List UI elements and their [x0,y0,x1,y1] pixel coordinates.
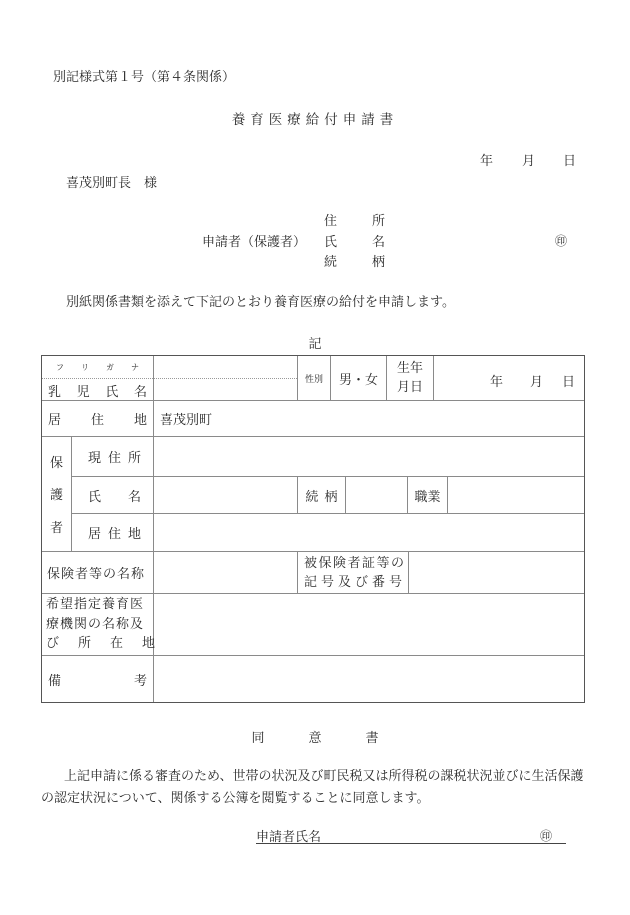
date-year-label: 年 [480,150,493,169]
birth-label: 生年月日 [387,356,434,401]
applicant-address-label-1: 住 [324,210,337,229]
guardian-relation-label: 続柄 [298,477,346,514]
guardian-address-input[interactable] [154,437,584,477]
insurer-input[interactable] [154,552,298,594]
consent-body: 上記申請に係る審査のため、世帯の状況及び町民税又は所得税の課税状況並びに生活保護… [41,766,586,810]
page-title: 養育医療給付申請書 [0,108,630,128]
consent-sign-label: 申請者氏名 [256,826,321,845]
guardian-name-label: 氏名 [72,477,154,514]
guardian-relation-input[interactable] [346,477,408,514]
residence-label: 居住地 [42,401,154,437]
guardian-address-label: 現住所 [72,437,154,477]
ki-heading: 記 [0,333,630,352]
guardian-job-input[interactable] [448,477,584,514]
form-id: 別記様式第１号（第４条関係） [53,66,235,85]
insured-card-input[interactable] [409,552,584,594]
infant-name-label-cell: フリガナ 乳児氏名 [42,356,154,401]
consent-signature-field[interactable]: 申請者氏名 ㊞ [256,826,566,844]
guardian-job-label: 職業 [408,477,448,514]
residence-input[interactable]: 喜茂別町 [154,401,584,437]
intro-text: 別紙関係書類を添えて下記のとおり養育医療の給付を申請します。 [66,291,455,310]
insurer-label: 保険者等の名称 [42,552,154,594]
applicant-relation-label-2: 柄 [372,251,385,270]
consent-title: 同意書 [0,727,630,746]
hospital-input[interactable] [154,594,584,656]
application-table: フリガナ 乳児氏名 性別 男・女 生年月日 年 月 日 居住地 喜茂別町 保護者… [41,355,585,703]
applicant-name-label-1: 氏 [324,231,337,250]
furigana-label: フリガナ [56,359,139,375]
applicant-label: 申請者（保護者） [202,231,306,250]
applicant-relation-label-1: 続 [324,251,337,270]
infant-name-label: 乳児氏名 [42,379,153,401]
guardian-residence-label: 居住地 [72,514,154,552]
applicant-address-label-2: 所 [372,210,385,229]
infant-name-input[interactable] [154,356,298,401]
guardian-name-input[interactable] [154,477,298,514]
hospital-label: 希望指定養育医療機関の名称及び 所 在 地 [42,594,154,656]
addressee: 喜茂別町長 様 [66,172,157,191]
date-month-label: 月 [522,150,535,169]
sex-label: 性別 [298,356,331,401]
applicant-name-label-2: 名 [372,231,385,250]
birth-date-input[interactable]: 年 月 日 [434,356,584,401]
remarks-label: 備考 [42,656,154,702]
consent-seal-icon: ㊞ [540,827,552,844]
guardian-residence-input[interactable] [154,514,584,552]
guardian-label: 保護者 [42,437,72,552]
seal-icon: ㊞ [555,232,567,249]
sex-select[interactable]: 男・女 [331,356,387,401]
remarks-input[interactable] [154,656,584,702]
insured-card-label: 被保険者証等の記号及び番号 [298,552,409,594]
date-day-label: 日 [563,150,576,169]
